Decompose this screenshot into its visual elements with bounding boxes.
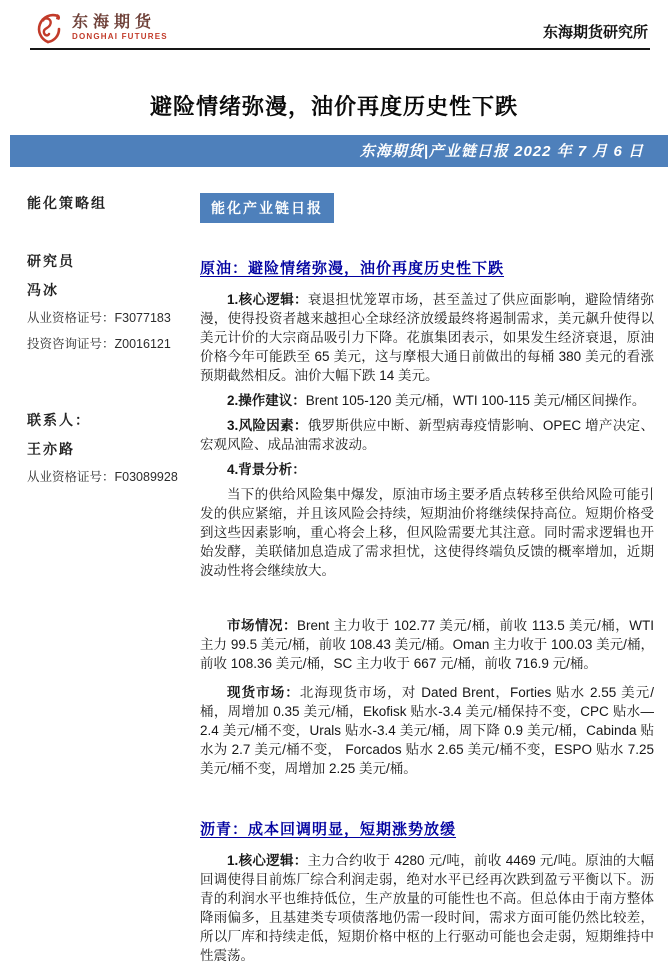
- contact-cert: 从业资格证号：F03089928: [27, 467, 192, 485]
- paragraph-label: 2.操作建议：: [227, 393, 306, 408]
- paragraph-label: 市场情况：: [227, 618, 297, 633]
- contact-name: 王亦路: [27, 439, 192, 459]
- contact-label: 联系人：: [27, 410, 192, 430]
- paragraph-market-situation: 市场情况：Brent 主力收于 102.77 美元/桶，前收 113.5 美元/…: [200, 616, 654, 673]
- section-heading-bitumen: 沥青：成本回调明显，短期涨势放缓: [200, 818, 654, 839]
- paragraph-label: 4.背景分析：: [227, 462, 306, 477]
- logo-en-text: DONGHAI FUTURES: [72, 32, 168, 41]
- content-area: 能化策略组 研究员 冯冰 从业资格证号：F3077183 投资咨询证号：Z001…: [0, 167, 668, 965]
- cert-value: Z0016121: [115, 337, 171, 351]
- report-title: 避险情绪弥漫，油价再度历史性下跌: [30, 90, 638, 121]
- donghai-logo-icon: [30, 8, 66, 46]
- institute-name: 东海期货研究所: [543, 13, 648, 42]
- report-type-badge: 能化产业链日报: [200, 193, 334, 223]
- date-banner-text: 东海期货|产业链日报 2022 年 7 月 6 日: [360, 143, 644, 160]
- researcher-name: 冯冰: [27, 280, 192, 300]
- paragraph-label: 1.核心逻辑：: [227, 853, 308, 868]
- paragraph-label: 1.核心逻辑：: [227, 292, 308, 307]
- page-header: 东海期货 DONGHAI FUTURES 东海期货研究所: [0, 0, 668, 46]
- paragraph-text: 当下的供给风险集中爆发，原油市场主要矛盾点转移至供给风险可能引发的供应紧缩，并且…: [200, 487, 654, 578]
- sidebar: 能化策略组 研究员 冯冰 从业资格证号：F3077183 投资咨询证号：Z001…: [27, 193, 192, 965]
- cert-label: 从业资格证号：: [27, 470, 115, 484]
- contact-block: 联系人： 王亦路 从业资格证号：F03089928: [27, 410, 192, 485]
- team-name: 能化策略组: [27, 193, 192, 213]
- main-content: 能化产业链日报 原油：避险情绪弥漫，油价再度历史性下跌 1.核心逻辑：衰退担忧笼…: [192, 193, 658, 965]
- paragraph-risk-factors: 3.风险因素：俄罗斯供应中断、新型病毒疫情影响、OPEC 增产决定、宏观风险、成…: [200, 416, 654, 454]
- paragraph-label: 现货市场：: [227, 685, 300, 700]
- paragraph-text: Brent 105-120 美元/桶，WTI 100-115 美元/桶区间操作。: [306, 393, 646, 408]
- section-heading-crude-oil: 原油：避险情绪弥漫，油价再度历史性下跌: [200, 257, 654, 278]
- cert-label: 投资咨询证号：: [27, 337, 115, 351]
- report-page: 东海期货 DONGHAI FUTURES 东海期货研究所 避险情绪弥漫，油价再度…: [0, 0, 668, 975]
- paragraph-text: 主力合约收于 4280 元/吨，前收 4469 元/吨。原油的大幅回调使得目前炼…: [200, 853, 654, 963]
- paragraph-bitumen-core-logic: 1.核心逻辑：主力合约收于 4280 元/吨，前收 4469 元/吨。原油的大幅…: [200, 851, 654, 965]
- cert-value: F3077183: [115, 311, 171, 325]
- date-banner: 东海期货|产业链日报 2022 年 7 月 6 日: [10, 135, 668, 167]
- logo: 东海期货 DONGHAI FUTURES: [30, 8, 168, 46]
- paragraph-background-analysis: 4.背景分析：: [200, 460, 654, 479]
- paragraph-spot-market: 现货市场：北海现货市场，对 Dated Brent，Forties 贴水 2.5…: [200, 683, 654, 778]
- paragraph-core-logic: 1.核心逻辑：衰退担忧笼罩市场，甚至盖过了供应面影响，避险情绪弥漫，使得投资者越…: [200, 290, 654, 385]
- paragraph-label: 3.风险因素：: [227, 418, 308, 433]
- logo-text: 东海期货 DONGHAI FUTURES: [72, 14, 168, 41]
- logo-cn-text: 东海期货: [72, 14, 168, 32]
- researcher-cert-2: 投资咨询证号：Z0016121: [27, 334, 192, 352]
- researcher-cert-1: 从业资格证号：F3077183: [27, 308, 192, 326]
- cert-label: 从业资格证号：: [27, 311, 115, 325]
- paragraph-background-body: 当下的供给风险集中爆发，原油市场主要矛盾点转移至供给风险可能引发的供应紧缩，并且…: [200, 485, 654, 580]
- researcher-label: 研究员: [27, 251, 192, 271]
- cert-value: F03089928: [115, 470, 178, 484]
- header-divider: [30, 48, 650, 50]
- paragraph-operation-advice: 2.操作建议：Brent 105-120 美元/桶，WTI 100-115 美元…: [200, 391, 654, 410]
